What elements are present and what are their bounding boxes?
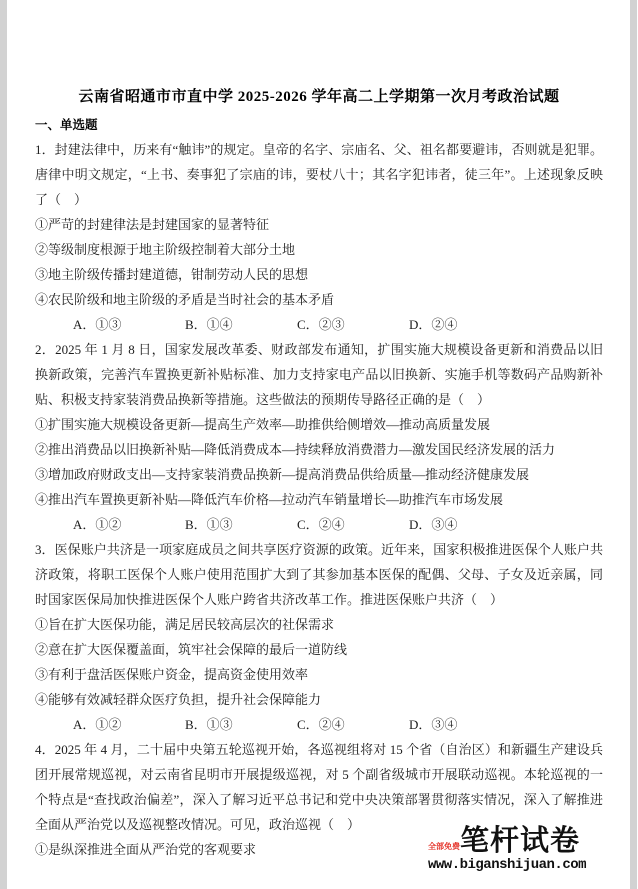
page-left-edge xyxy=(0,0,7,889)
watermark-top-row: 全部免费 笔杆试卷 xyxy=(428,827,613,856)
watermark-url: www.biganshijuan.com xyxy=(428,858,613,872)
biganshijuan-watermark: 全部免费 笔杆试卷 www.biganshijuan.com xyxy=(428,827,613,872)
question-3-item-1: ①旨在扩大医保功能，满足居民较高层次的社保需求 xyxy=(35,612,603,637)
question-1-item-2: ②等级制度根源于地主阶级控制着大部分土地 xyxy=(35,237,603,262)
question-2-item-1: ①扩围实施大规模设备更新—提高生产效率—助推供给侧增效—推动高质量发展 xyxy=(35,412,603,437)
question-1-choices: A．①③ B．①④ C．②③ D．②④ xyxy=(35,312,603,337)
question-3-item-2: ②意在扩大医保覆盖面，筑牢社会保障的最后一道防线 xyxy=(35,637,603,662)
question-1-item-4: ④农民阶级和地主阶级的矛盾是当时社会的基本矛盾 xyxy=(35,287,603,312)
question-1-item-1: ①严苛的封建律法是封建国家的显著特征 xyxy=(35,212,603,237)
question-2-item-2: ②推出消费品以旧换新补贴—降低消费成本—持续释放消费潜力—激发国民经济发展的活力 xyxy=(35,437,603,462)
document-content: 云南省昭通市市直中学 2025-2026 学年高二上学期第一次月考政治试题 一、… xyxy=(35,86,603,862)
question-3-item-3: ③有利于盘活医保账户资金，提高资金使用效率 xyxy=(35,662,603,687)
question-2-item-3: ③增加政府财政支出—支持家装消费品换新—提高消费品供给质量—推动经济健康发展 xyxy=(35,462,603,487)
question-2: 2．2025 年 1 月 8 日，国家发展改革委、财政部发布通知，扩围实施大规模… xyxy=(35,337,603,537)
question-2-item-4: ④推出汽车置换更新补贴—降低汽车价格—拉动汽车销量增长—助推汽车市场发展 xyxy=(35,487,603,512)
choice-c: C．②③ xyxy=(297,312,409,337)
watermark-brand: 笔杆试卷 xyxy=(460,827,580,856)
choice-b: B．①③ xyxy=(185,512,297,537)
question-1: 1．封建法律中，历来有“触讳”的规定。皇帝的名字、宗庙名、父、祖名都要避讳，否则… xyxy=(35,137,603,337)
choice-a: A．①③ xyxy=(73,312,185,337)
question-1-stem: 1．封建法律中，历来有“触讳”的规定。皇帝的名字、宗庙名、父、祖名都要避讳，否则… xyxy=(35,137,603,212)
choice-d: D．②④ xyxy=(409,312,457,337)
question-4-stem: 4．2025 年 4 月，二十届中央第五轮巡视开始，各巡视组将对 15 个省（自… xyxy=(35,737,603,837)
question-3-item-4: ④能够有效减轻群众医疗负担，提升社会保障能力 xyxy=(35,687,603,712)
question-1-item-3: ③地主阶级传播封建道德，钳制劳动人民的思想 xyxy=(35,262,603,287)
choice-c: C．②④ xyxy=(297,712,409,737)
choice-c: C．②④ xyxy=(297,512,409,537)
question-3: 3．医保账户共济是一项家庭成员之间共享医疗资源的政策。近年来，国家积极推进医保个… xyxy=(35,537,603,737)
choice-d: D．③④ xyxy=(409,512,457,537)
choice-d: D．③④ xyxy=(409,712,457,737)
section-heading: 一、单选题 xyxy=(35,113,603,137)
exam-document-page: 云南省昭通市市直中学 2025-2026 学年高二上学期第一次月考政治试题 一、… xyxy=(0,0,638,889)
choice-b: B．①④ xyxy=(185,312,297,337)
choice-b: B．①③ xyxy=(185,712,297,737)
question-3-choices: A．①② B．①③ C．②④ D．③④ xyxy=(35,712,603,737)
question-2-stem: 2．2025 年 1 月 8 日，国家发展改革委、财政部发布通知，扩围实施大规模… xyxy=(35,337,603,412)
page-right-edge xyxy=(630,0,637,889)
watermark-free-label: 全部免费 xyxy=(428,843,460,856)
page-title: 云南省昭通市市直中学 2025-2026 学年高二上学期第一次月考政治试题 xyxy=(35,86,603,108)
choice-a: A．①② xyxy=(73,712,185,737)
question-2-choices: A．①② B．①③ C．②④ D．③④ xyxy=(35,512,603,537)
choice-a: A．①② xyxy=(73,512,185,537)
question-3-stem: 3．医保账户共济是一项家庭成员之间共享医疗资源的政策。近年来，国家积极推进医保个… xyxy=(35,537,603,612)
